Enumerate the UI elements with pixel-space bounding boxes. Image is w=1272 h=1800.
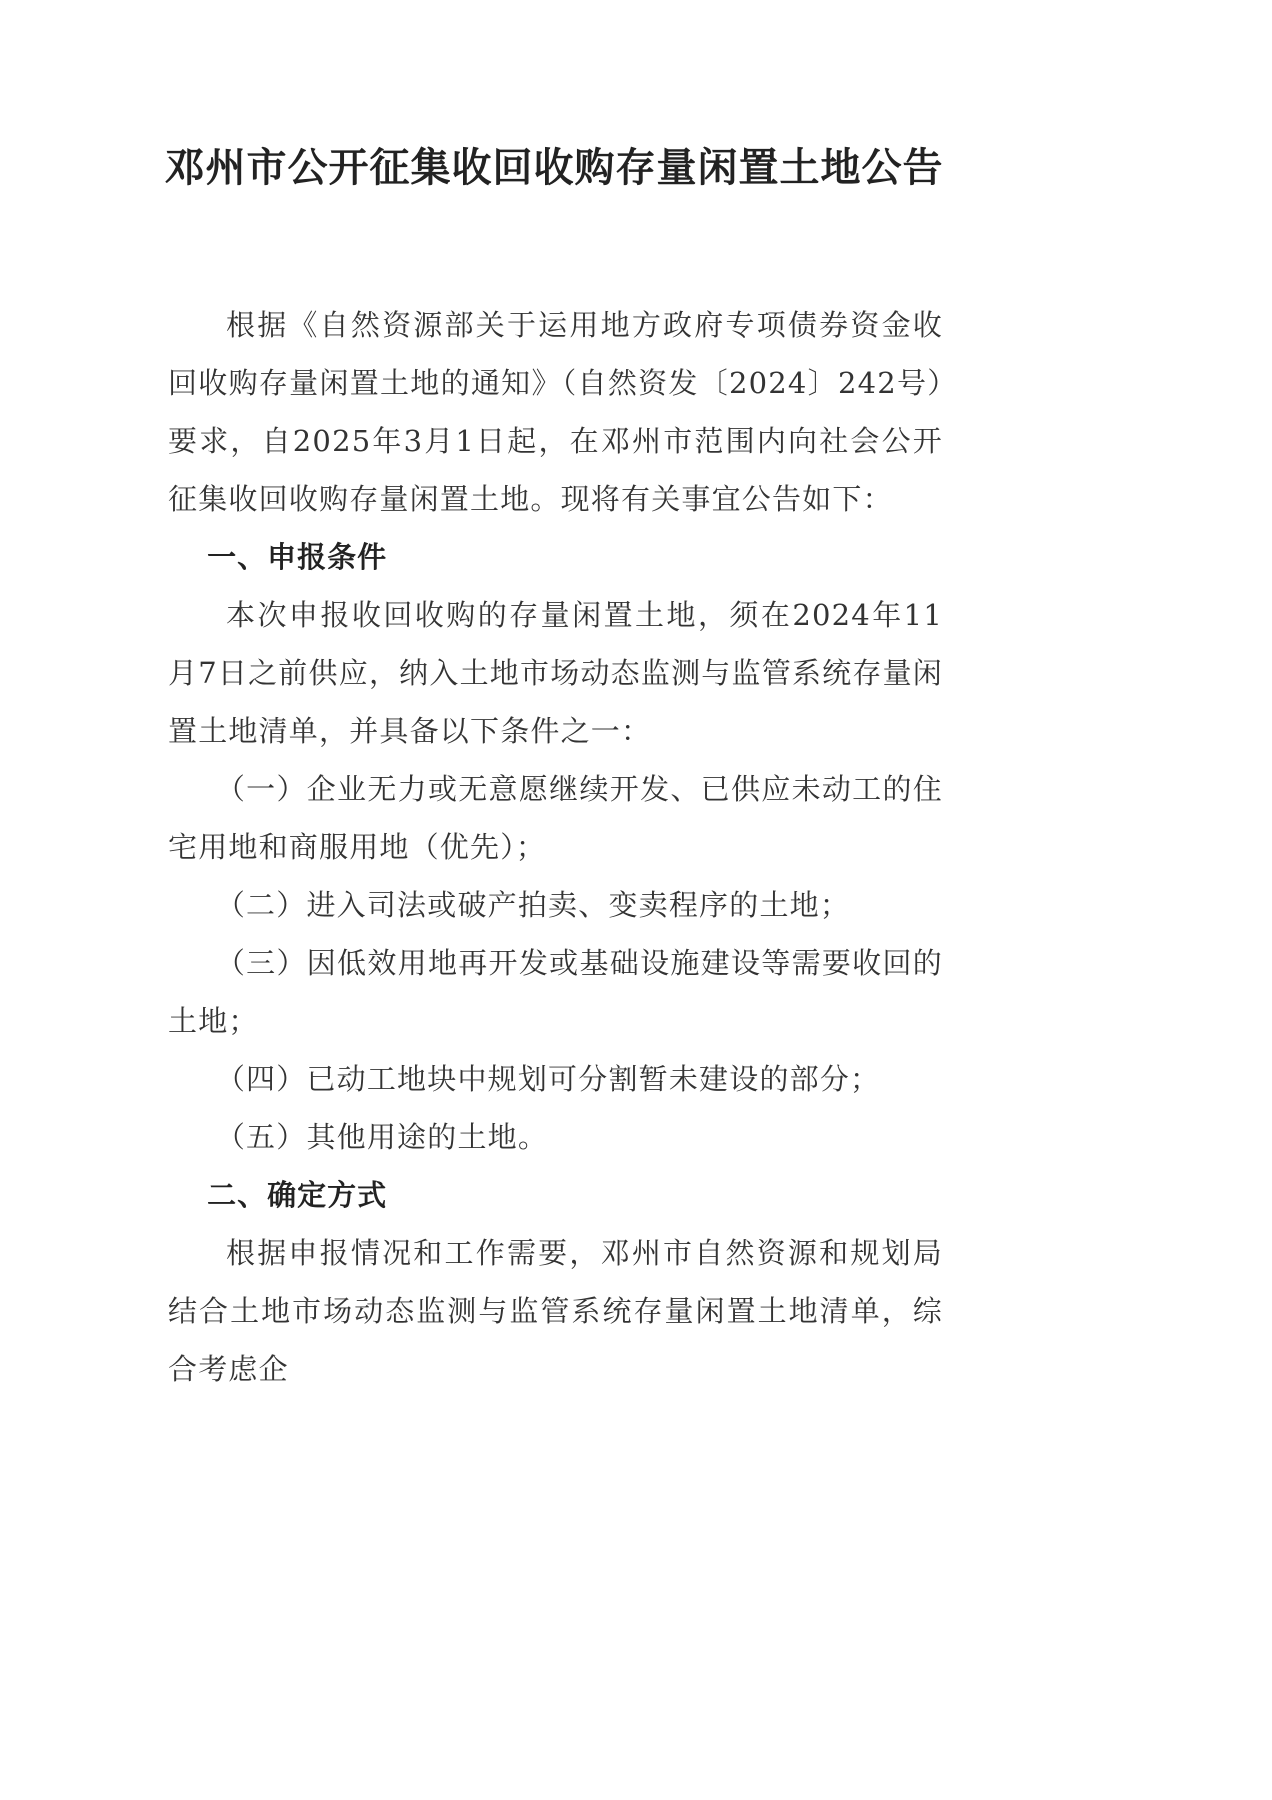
condition-item-3: （三）因低效用地再开发或基础设施建设等需要收回的土地； [168,934,943,1050]
condition-item-1: （一）企业无力或无意愿继续开发、已供应未动工的住宅用地和商服用地（优先）； [168,760,943,876]
section-paragraph-application-conditions: 本次申报收回收购的存量闲置土地，须在2024年11月7日之前供应，纳入土地市场动… [168,586,943,760]
document-title: 邓州市公开征集收回收购存量闲置土地公告 [0,140,1190,196]
section-paragraph-determination-method: 根据申报情况和工作需要，邓州市自然资源和规划局结合土地市场动态监测与监管系统存量… [168,1224,943,1398]
section-heading-application-conditions: 一、申报条件 [168,528,943,586]
condition-item-5: （五）其他用途的土地。 [168,1108,943,1166]
intro-paragraph: 根据《自然资源部关于运用地方政府专项债券资金收回收购存量闲置土地的通知》（自然资… [168,296,943,528]
section-heading-determination-method: 二、确定方式 [168,1166,943,1224]
document-page: 邓州市公开征集收回收购存量闲置土地公告 根据《自然资源部关于运用地方政府专项债券… [0,0,1272,1800]
condition-item-4: （四）已动工地块中规划可分割暂未建设的部分； [168,1050,943,1108]
condition-item-2: （二）进入司法或破产拍卖、变卖程序的土地； [168,876,943,934]
document-body: 根据《自然资源部关于运用地方政府专项债券资金收回收购存量闲置土地的通知》（自然资… [168,296,943,1398]
